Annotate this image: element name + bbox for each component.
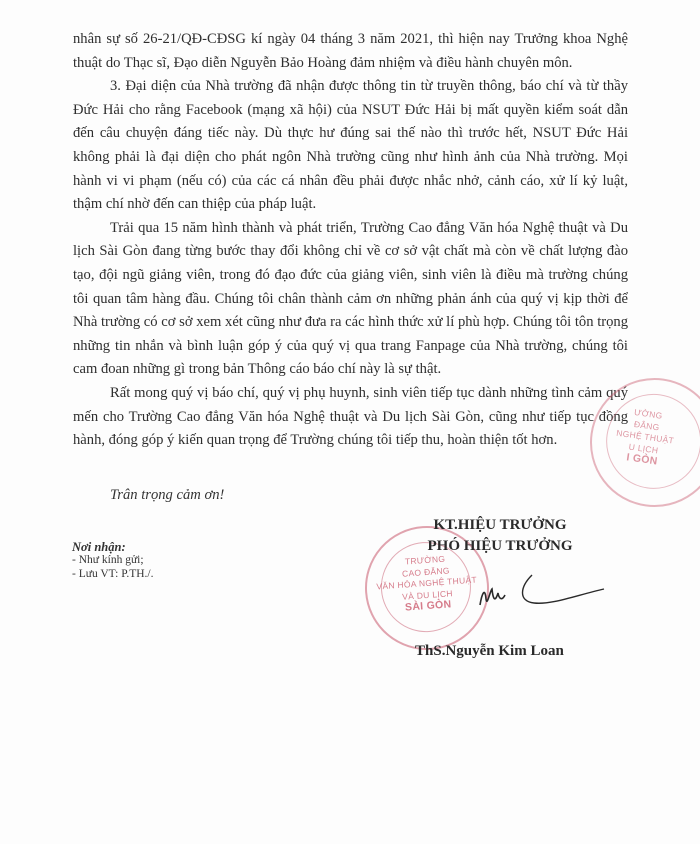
document-page: nhân sự số 26-21/QĐ-CĐSG kí ngày 04 thán… xyxy=(0,0,700,844)
signature-title-block: KT.HIỆU TRƯỞNG PHÓ HIỆU TRƯỞNG xyxy=(400,514,600,557)
signature-title-line1: KT.HIỆU TRƯỞNG xyxy=(400,514,600,536)
stamp-text: TRƯỜNG CAO ĐẲNG VĂN HÓA NGHỆ THUẬT VÀ DU… xyxy=(365,551,489,617)
paragraph-point-3: 3. Đại diện của Nhà trường đã nhận được … xyxy=(73,75,628,217)
signer-name: ThS.Nguyễn Kim Loan xyxy=(415,643,564,660)
recipients-block: Nơi nhận: - Như kính gửi; - Lưu VT: P.TH… xyxy=(72,540,153,581)
closing-thanks: Trân trọng cảm ơn! xyxy=(110,487,224,504)
document-body: nhân sự số 26-21/QĐ-CĐSG kí ngày 04 thán… xyxy=(73,28,628,453)
paragraph-appeal: Rất mong quý vị báo chí, quý vị phụ huyn… xyxy=(73,382,628,453)
paragraph-history: Trải qua 15 năm hình thành và phát triển… xyxy=(73,217,628,382)
handwritten-signature-icon xyxy=(472,565,612,615)
paragraph-continuation: nhân sự số 26-21/QĐ-CĐSG kí ngày 04 thán… xyxy=(73,28,628,75)
recipients-label: Nơi nhận: xyxy=(72,540,153,554)
signature-title-line2: PHÓ HIỆU TRƯỞNG xyxy=(400,535,600,557)
recipient-item: - Lưu VT: P.TH./. xyxy=(72,568,153,582)
recipient-item: - Như kính gửi; xyxy=(72,554,153,568)
